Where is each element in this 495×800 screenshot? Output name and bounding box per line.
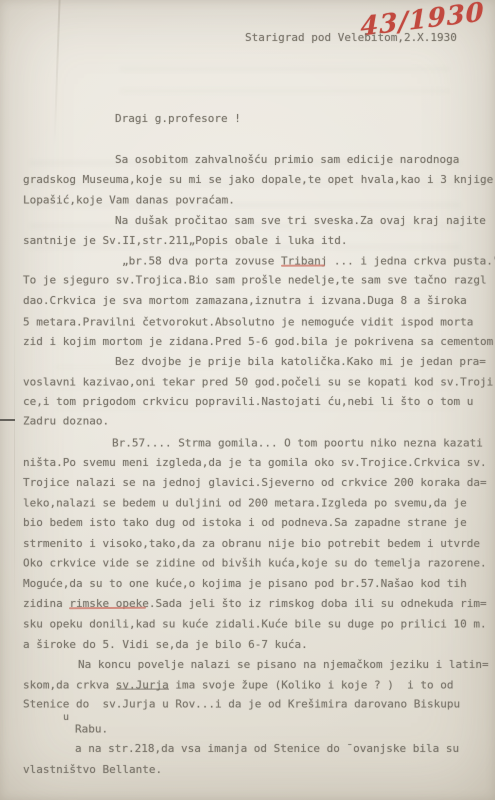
letter-line: Br.57.... Strma gomila... O tom poortu n… [23,436,495,456]
bleed-through-texture [120,55,450,107]
letter-page: 43/1930 Starigrad pod Velebitom,2.X.1930… [0,0,495,800]
letter-line: a na str.218,da vsa imanja od Stenice do… [23,742,495,762]
letter-line: Moguće,da su to one kuće,o kojima je pis… [23,577,495,597]
salutation: Dragi g.profesore ! [115,112,241,125]
letter-line: voslavni kazivao,oni tekar pred 50 god.p… [23,376,495,396]
letter-line: sku opeku donili,kad su kuće zidali.Kuće… [23,618,495,638]
letter-line: Lopašić,koje Vam danas povraćam. [23,194,495,214]
letter-line: Zadru doznao. [23,415,495,435]
letter-line: Oko crkvice vide se zidine od bivših kuć… [23,556,495,576]
letter-line: To je sjeguro sv.Trojica.Bio sam prošle … [23,274,495,294]
letter-line: vlastništvo Bellante. [23,763,495,783]
letter-line: zidina rimske opeke.Sada jeli što iz rim… [23,597,495,617]
dateline: Starigrad pod Velebitom,2.X.1930 [245,31,457,44]
letter-line: Na dušak pročitao sam sve tri sveska.Za … [23,214,495,234]
letter-line: Trojice nalazi se na jednoj glavici.Sjev… [23,476,495,496]
letter-line: ce,i tom prigodom crkvicu popravili.Nast… [23,395,495,415]
letter-line: 5 metara.Pravilni četvorokut.Absolutno j… [23,315,495,335]
letter-line: a široke do 5. Vidi se,da je bilo 6-7 ku… [23,638,495,658]
letter-line: strmenito i visoko,tako,da za obranu nij… [23,537,495,557]
letter-line: santnije je Sv.II,str.211„Popis obale i … [23,234,495,254]
letter-line: gradskog Museuma,koje su mi se jako dopa… [23,173,495,193]
letter-line: Bez dvojbe je prije bila katolička.Kako … [23,355,495,375]
letter-body: Sa osobitom zahvalnošću primio sam edici… [23,153,495,783]
letter-line: dao.Crkvica je sva mortom zamazana,iznut… [23,294,495,314]
letter-line: leko,nalazi se bedem u duljini od 200 me… [23,497,495,517]
letter-line: Sa osobitom zahvalnošću primio sam edici… [23,153,495,173]
letter-line: zid i kojim mortom je zidana.Pred 5-6 go… [23,335,495,355]
letter-line: skom,da crkva sv.Jurja ima svoje župe (K… [23,678,495,698]
letter-line: Rabu. [23,723,495,743]
margin-pen-dash [0,419,15,421]
letter-line: Na koncu povelje nalazi se pisano na nje… [23,658,495,678]
letter-line: u [23,712,495,722]
paper-crease [14,300,15,620]
paper-crease [53,0,60,148]
letter-line: bio bedem isto tako dug od istoka i od p… [23,516,495,536]
letter-line: „br.58 dva porta zovuse Tribanj ... i je… [23,255,495,275]
letter-line: ništa.Po svemu meni izgleda,da je ta gom… [23,456,495,476]
